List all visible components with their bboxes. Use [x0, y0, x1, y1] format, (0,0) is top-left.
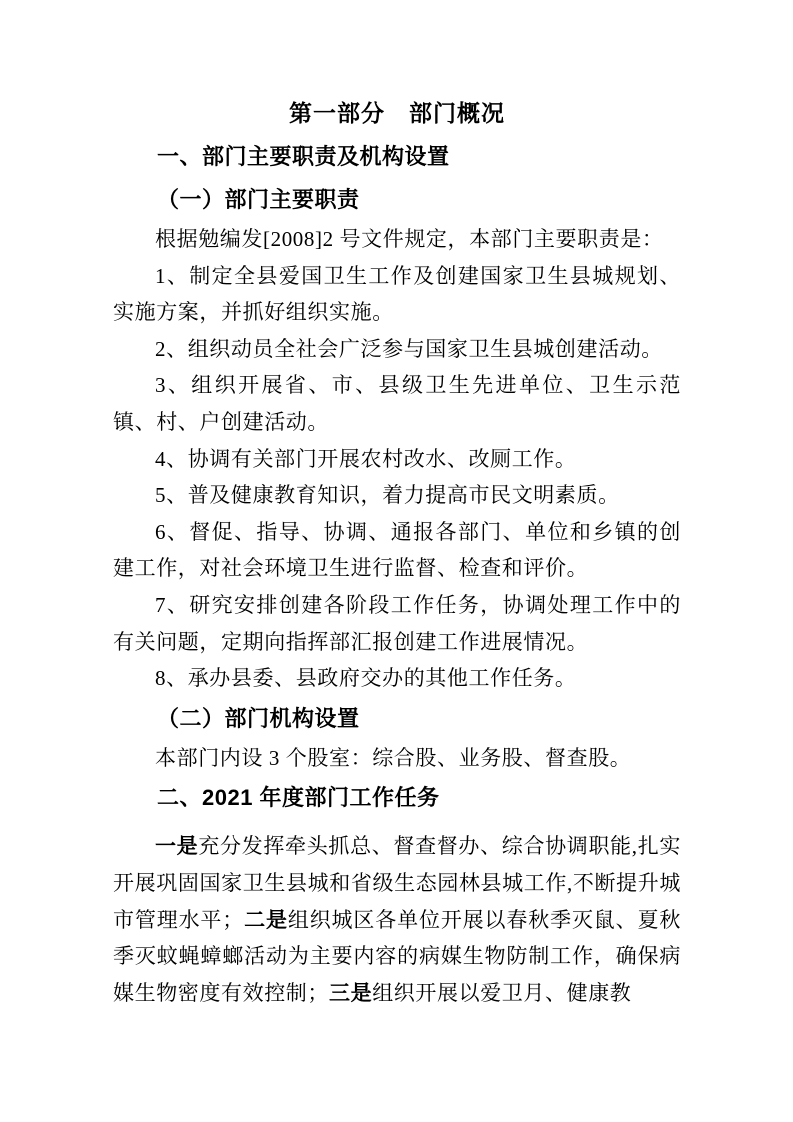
- text-run: 7、研究安排创建各阶段工作任务，协调处理工作中的有关问题，定期向指挥部汇报创建工…: [113, 593, 681, 654]
- bold-text-run: 一是: [155, 834, 198, 858]
- paragraph: 7、研究安排创建各阶段工作任务，协调处理工作中的有关问题，定期向指挥部汇报创建工…: [113, 587, 681, 660]
- paragraph: 8、承办县委、县政府交办的其他工作任务。: [113, 660, 681, 697]
- paragraph: 本部门内设 3 个股室：综合股、业务股、督查股。: [113, 740, 681, 777]
- section-heading: （二）部门机构设置: [113, 697, 681, 740]
- paragraph: 一是充分发挥牵头抓总、督查督办、综合协调职能,扎实开展巩固国家卫生县城和省级生态…: [113, 828, 681, 1011]
- bold-text-run: （一）部门主要职责: [157, 187, 360, 212]
- document-page: 第一部分 部门概况 一、部门主要职责及机构设置（一）部门主要职责根据勉编发[20…: [0, 0, 793, 1122]
- text-run: 2、组织动员全社会广泛参与国家卫生县城创建活动。: [155, 337, 663, 361]
- document-content: 一、部门主要职责及机构设置（一）部门主要职责根据勉编发[2008]2 号文件规定…: [113, 135, 681, 1011]
- section-heading: 一、部门主要职责及机构设置: [113, 135, 681, 178]
- paragraph: 2、组织动员全社会广泛参与国家卫生县城创建活动。: [113, 331, 681, 368]
- section-heading: 二、2021 年度部门工作任务: [113, 776, 681, 819]
- text-run: 本部门内设 3 个股室：综合股、业务股、督查股。: [155, 746, 631, 770]
- document-title: 第一部分 部门概况: [113, 92, 681, 135]
- paragraph: 根据勉编发[2008]2 号文件规定，本部门主要职责是：: [113, 221, 681, 258]
- bold-text-run: 一、部门主要职责及机构设置: [157, 144, 450, 169]
- bold-text-run: 二、2021 年度部门工作任务: [157, 785, 440, 810]
- paragraph: 3、组织开展省、市、县级卫生先进单位、卫生示范镇、村、户创建活动。: [113, 367, 681, 440]
- paragraph: 6、督促、指导、协调、通报各部门、单位和乡镇的创建工作，对社会环境卫生进行监督、…: [113, 514, 681, 587]
- section-heading: （一）部门主要职责: [113, 178, 681, 221]
- paragraph: 4、协调有关部门开展农村改水、改厕工作。: [113, 441, 681, 478]
- bold-text-run: 二是: [244, 908, 288, 932]
- bold-text-run: （二）部门机构设置: [157, 706, 360, 731]
- text-run: 4、协调有关部门开展农村改水、改厕工作。: [155, 447, 577, 471]
- paragraph: 1、制定全县爱国卫生工作及创建国家卫生县城规划、实施方案，并抓好组织实施。: [113, 258, 681, 331]
- text-run: 根据勉编发[2008]2 号文件规定，本部门主要职责是：: [155, 227, 664, 251]
- text-run: 6、督促、指导、协调、通报各部门、单位和乡镇的创建工作，对社会环境卫生进行监督、…: [113, 520, 681, 581]
- text-run: 3、组织开展省、市、县级卫生先进单位、卫生示范镇、村、户创建活动。: [113, 373, 681, 434]
- text-run: 8、承办县委、县政府交办的其他工作任务。: [155, 666, 577, 690]
- text-run: 1、制定全县爱国卫生工作及创建国家卫生县城规划、实施方案，并抓好组织实施。: [113, 264, 681, 325]
- text-run: 5、普及健康教育知识，着力提高市民文明素质。: [155, 483, 620, 507]
- paragraph: 5、普及健康教育知识，着力提高市民文明素质。: [113, 477, 681, 514]
- text-run: 组织开展以爱卫月、健康教: [372, 981, 631, 1005]
- bold-text-run: 三是: [329, 981, 372, 1005]
